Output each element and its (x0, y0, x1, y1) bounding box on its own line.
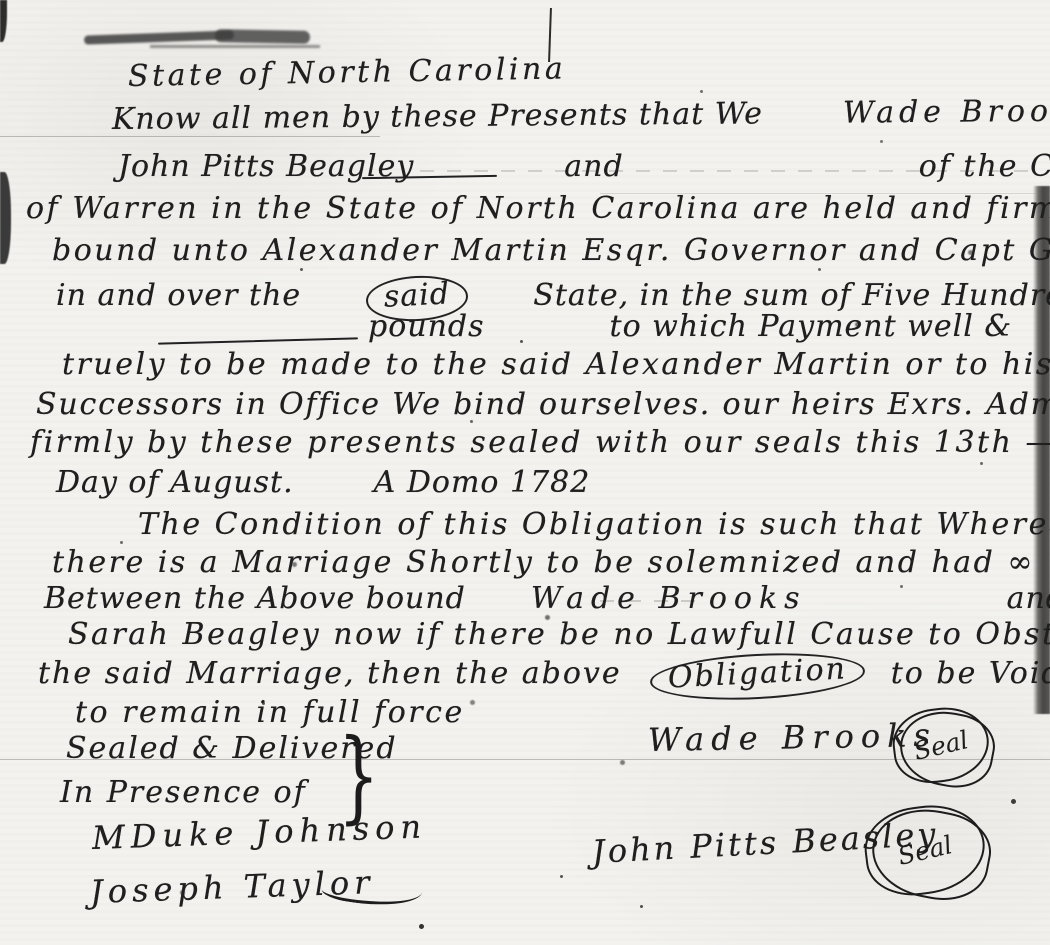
manuscript-line: Sarah Beagley now if there be no Lawfull… (68, 618, 1050, 653)
manuscript-line: The Condition of this Obligation is such… (138, 508, 1050, 543)
circled-word: Obligation (649, 648, 866, 704)
line-text: and (564, 149, 623, 184)
line-text: and (1007, 581, 1050, 616)
line-text: A Domo 1782 (374, 465, 591, 500)
manuscript-line: Day of August.A Domo 1782 (56, 466, 590, 501)
inserted-name: John Pitts Beagley (118, 149, 414, 184)
line-text: Between the Above bound (44, 581, 466, 616)
ink-smudge (150, 45, 320, 48)
line-text: to which Payment well & (610, 309, 1013, 344)
witness-signature: Joseph Taylor (89, 864, 375, 911)
line-text: of the County (919, 149, 1050, 184)
manuscript-line: Know all men by these Presents that WeWa… (112, 94, 1050, 137)
manuscript-heading: State of North Carolina (128, 52, 567, 94)
line-text: State, in the sum of Five Hundred (533, 278, 1050, 313)
manuscript-line: of Warren in the State of North Carolina… (26, 192, 1050, 227)
manuscript-line: firmly by these presents sealed with our… (30, 426, 1050, 461)
line-text: the said Marriage, then the above (38, 656, 622, 691)
ink-dash (158, 337, 358, 345)
attestation-line: In Presence of (60, 776, 307, 811)
manuscript-line: there is a Marriage Shortly to be solemn… (52, 546, 1035, 581)
manuscript-line: John Pitts Beagleyandof the County (118, 150, 1050, 185)
seal-flourish: Seal (893, 708, 989, 782)
line-text: pounds (368, 309, 485, 344)
witness-signature: MDuke Johnson (91, 808, 427, 856)
manuscript-page: State of North Carolina Know all men by … (0, 0, 1050, 945)
scan-corner-mark (0, 0, 7, 42)
manuscript-line: bound unto Alexander Martin Esqr. Govern… (52, 234, 1050, 269)
manuscript-line: to remain in full force (75, 696, 465, 731)
manuscript-line: truely to be made to the said Alexander … (62, 348, 1050, 383)
manuscript-line: the said Marriage, then the aboveObligat… (38, 654, 1050, 699)
ink-smudge (84, 30, 234, 44)
manuscript-line: Between the Above boundWade Brooksand (44, 582, 1050, 617)
seal-flourish: Seal (865, 806, 985, 894)
line-text: to be Void Else (891, 656, 1050, 691)
inserted-name: Wade Brooks & (843, 93, 1050, 131)
inserted-name: Wade Brooks (531, 581, 807, 616)
scan-speckles (0, 0, 5, 5)
scan-edge-mark (0, 172, 11, 264)
ink-smudge (215, 29, 310, 44)
line-text: Day of August. (56, 465, 294, 500)
manuscript-line: Successors in Office We bind ourselves. … (36, 388, 1050, 423)
line-text: in and over the (56, 278, 301, 313)
line-text: Know all men by these Presents that We (112, 96, 763, 137)
manuscript-line: poundsto which Payment well & (368, 310, 1012, 345)
